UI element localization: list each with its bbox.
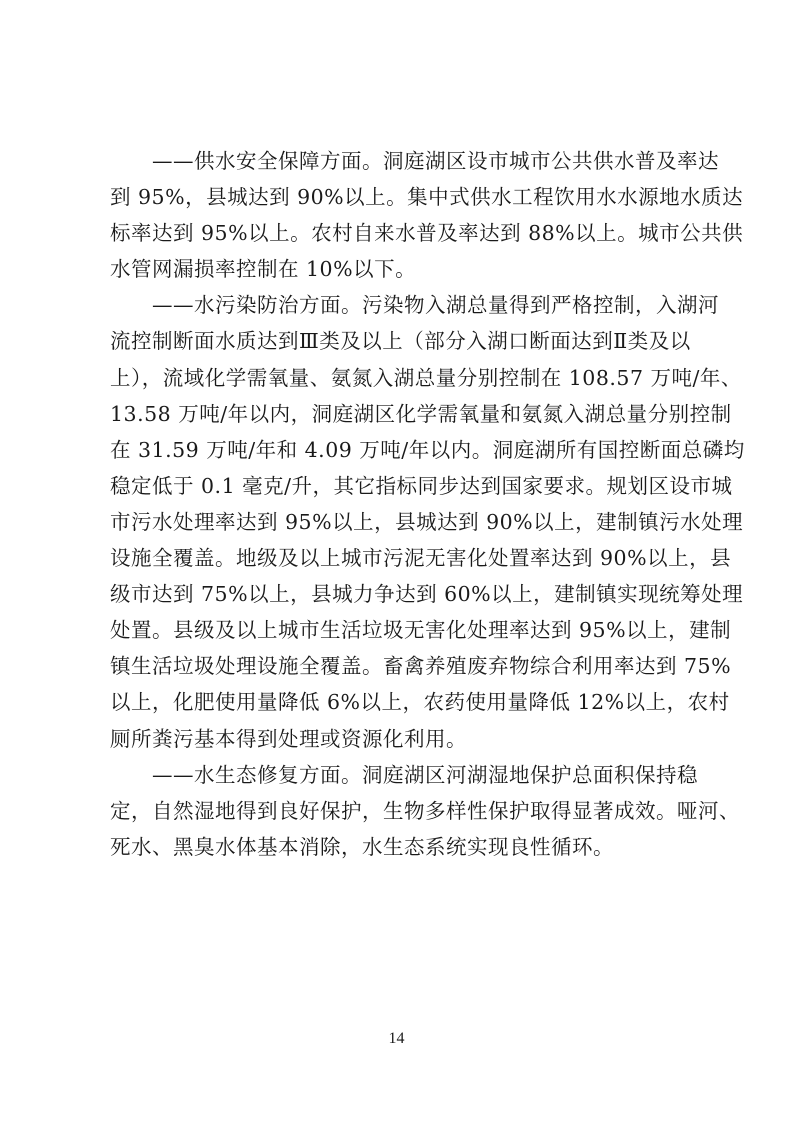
text-line: 厕所粪污基本得到处理或资源化利用。 <box>110 721 688 757</box>
text-line: 水管网漏损率控制在 10%以下。 <box>110 251 688 287</box>
text-line: 市污水处理率达到 95%以上，县城达到 90%以上，建制镇污水处理 <box>110 504 688 540</box>
text-line: 死水、黑臭水体基本消除，水生态系统实现良性循环。 <box>110 829 688 865</box>
text-line: 流控制断面水质达到Ⅲ类及以上（部分入湖口断面达到Ⅱ类及以 <box>110 323 688 359</box>
text-line: ——水生态修复方面。洞庭湖区河湖湿地保护总面积保持稳 <box>110 757 688 793</box>
text-line: 设施全覆盖。地级及以上城市污泥无害化处置率达到 90%以上，县 <box>110 540 688 576</box>
paragraph-water-ecology-restoration: ——水生态修复方面。洞庭湖区河湖湿地保护总面积保持稳 定，自然湿地得到良好保护，… <box>110 757 688 865</box>
text-line: 上），流域化学需氧量、氨氮入湖总量分别控制在 108.57 万吨/年、 <box>110 360 688 396</box>
text-line: 13.58 万吨/年以内，洞庭湖区化学需氧量和氨氮入湖总量分别控制 <box>110 396 688 432</box>
document-page: ——供水安全保障方面。洞庭湖区设市城市公共供水普及率达 到 95%，县城达到 9… <box>0 0 793 1122</box>
text-line: 到 95%，县城达到 90%以上。集中式供水工程饮用水水源地水质达 <box>110 179 688 215</box>
page-number: 14 <box>0 1030 793 1048</box>
text-line: 镇生活垃圾处理设施全覆盖。畜禽养殖废弃物综合利用率达到 75% <box>110 648 688 684</box>
text-line: 处置。县级及以上城市生活垃圾无害化处理率达到 95%以上，建制 <box>110 612 688 648</box>
text-line: ——水污染防治方面。污染物入湖总量得到严格控制，入湖河 <box>110 287 688 323</box>
text-line: 在 31.59 万吨/年和 4.09 万吨/年以内。洞庭湖所有国控断面总磷均 <box>110 432 688 468</box>
text-line: 级市达到 75%以上，县城力争达到 60%以上，建制镇实现统筹处理 <box>110 576 688 612</box>
text-line: 定，自然湿地得到良好保护，生物多样性保护取得显著成效。哑河、 <box>110 793 688 829</box>
text-line: 标率达到 95%以上。农村自来水普及率达到 88%以上。城市公共供 <box>110 215 688 251</box>
text-line: 以上，化肥使用量降低 6%以上，农药使用量降低 12%以上，农村 <box>110 684 688 720</box>
paragraph-water-pollution-control: ——水污染防治方面。污染物入湖总量得到严格控制，入湖河 流控制断面水质达到Ⅲ类及… <box>110 287 688 756</box>
body-text: ——供水安全保障方面。洞庭湖区设市城市公共供水普及率达 到 95%，县城达到 9… <box>110 143 688 865</box>
text-line: 稳定低于 0.1 毫克/升，其它指标同步达到国家要求。规划区设市城 <box>110 468 688 504</box>
paragraph-water-supply-security: ——供水安全保障方面。洞庭湖区设市城市公共供水普及率达 到 95%，县城达到 9… <box>110 143 688 287</box>
text-line: ——供水安全保障方面。洞庭湖区设市城市公共供水普及率达 <box>110 143 688 179</box>
